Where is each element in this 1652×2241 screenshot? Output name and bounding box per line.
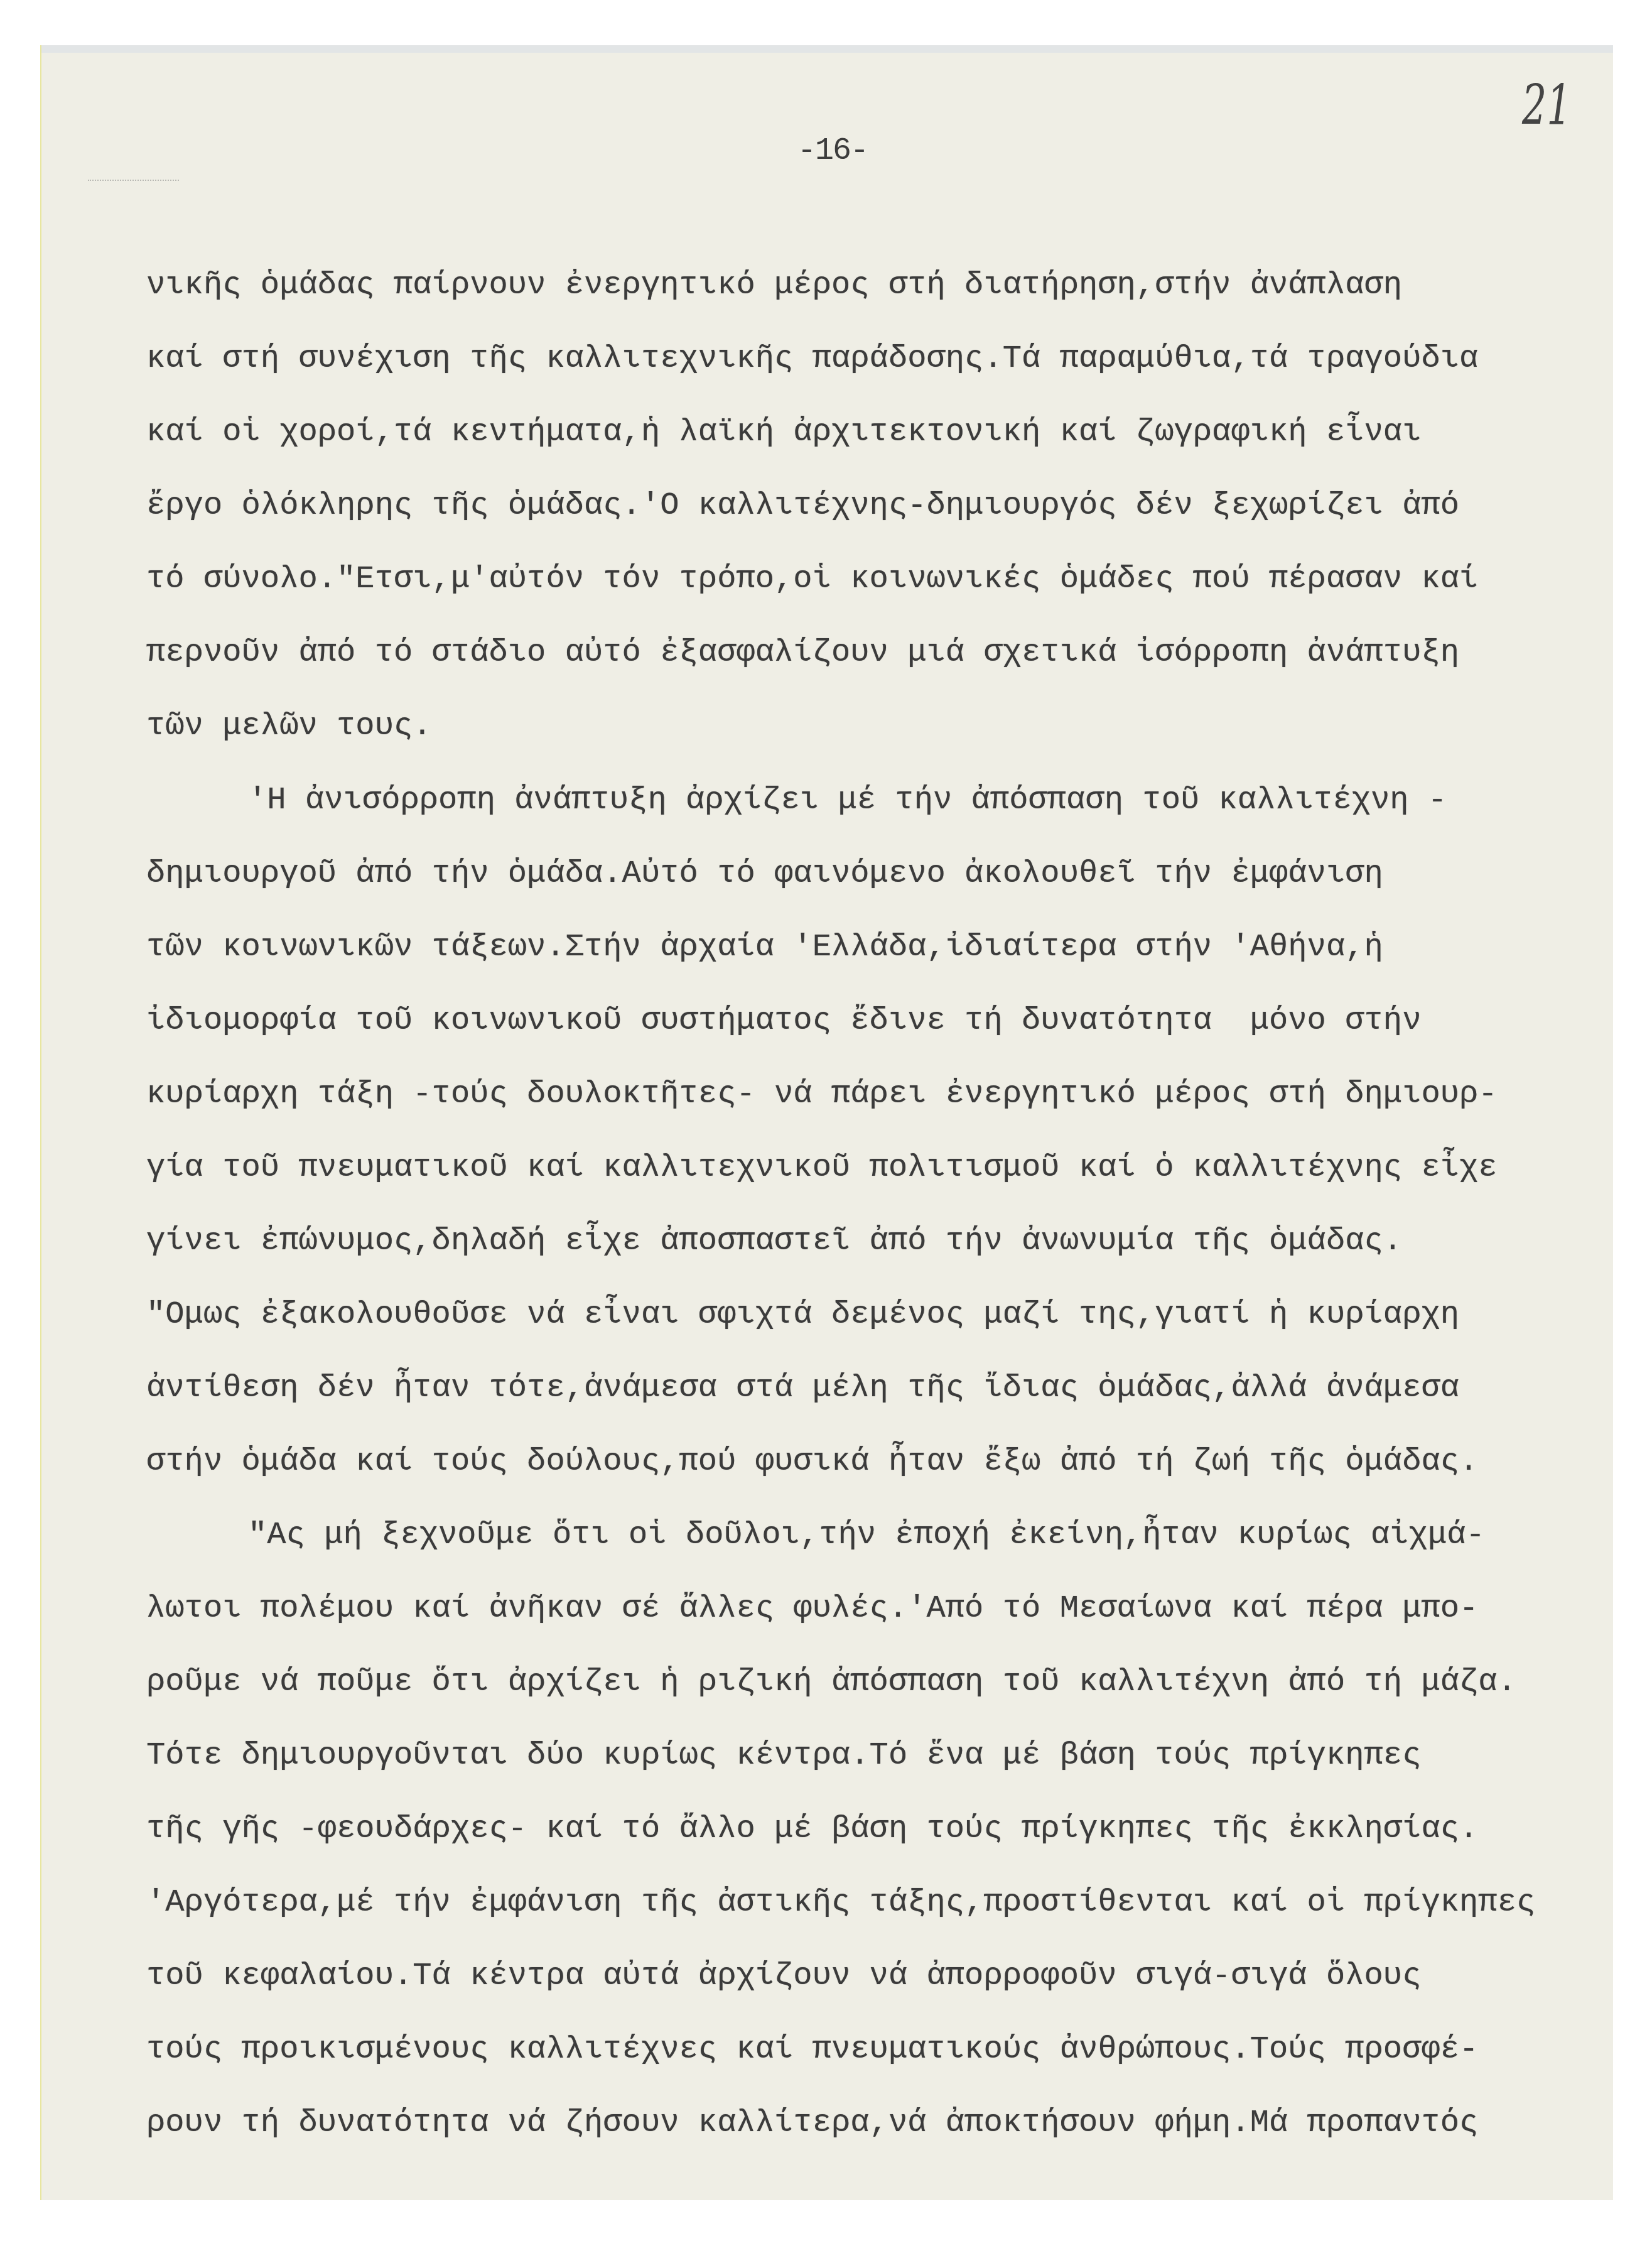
text-line: καί στή συνέχιση τῆς καλλιτεχνικῆς παράδ… (146, 344, 1478, 376)
text-line: νικῆς ὁμάδας παίρνουν ἐνεργητικό μέρος σ… (146, 270, 1402, 302)
text-line: περνοῦν ἀπό τό στάδιο αὐτό ἐξασφαλίζουν … (146, 638, 1459, 670)
text-line: "Ομως ἐξακολουθοῦσε νά εἶναι σφιχτά δεμέ… (146, 1300, 1459, 1332)
text-line: Τότε δημιουργοῦνται δύο κυρίως κέντρα.Τό… (146, 1740, 1421, 1772)
text-line: 'Αργότερα,μέ τήν ἐμφάνιση τῆς ἀστικῆς τά… (146, 1887, 1535, 1919)
text-line: ροῦμε νά ποῦμε ὅτι ἀρχίζει ἡ ριζική ἀπόσ… (146, 1667, 1516, 1699)
paragraph-start-line: "Ας μή ξεχνοῦμε ὅτι οἱ δοῦλοι,τήν ἐποχή … (248, 1520, 1485, 1552)
margin-pencil-mark (88, 180, 179, 182)
text-line: τοῦ κεφαλαίου.Τά κέντρα αὐτά ἀρχίζουν νά… (146, 1961, 1421, 1993)
text-line: καί οἱ χοροί,τά κεντήματα,ἡ λαϊκή ἀρχιτε… (146, 417, 1421, 449)
text-line: τούς προικισμένους καλλιτέχνες καί πνευμ… (146, 2034, 1478, 2066)
page-number: -16- (797, 133, 868, 169)
paragraph-start-line: 'Η ἀνισόρροπη ἀνάπτυξη ἀρχίζει μέ τήν ἀπ… (248, 785, 1447, 817)
text-line: τό σύνολο."Ετσι,μ'αὐτόν τόν τρόπο,οἱ κοι… (146, 564, 1478, 596)
text-line: στήν ὁμάδα καί τούς δούλους,πού φυσικά ἦ… (146, 1446, 1478, 1479)
text-line: λωτοι πολέμου καί ἀνῆκαν σέ ἄλλες φυλές.… (146, 1593, 1478, 1625)
text-line: κυρίαρχη τάξη -τούς δουλοκτῆτες- νά πάρε… (146, 1079, 1498, 1111)
text-line: δημιουργοῦ ἀπό τήν ὁμάδα.Αὐτό τό φαινόμε… (146, 859, 1383, 891)
text-line: τῆς γῆς -φεουδάρχες- καί τό ἄλλο μέ βάση… (146, 1814, 1478, 1846)
text-line: ἔργο ὁλόκληρης τῆς ὁμάδας.'Ο καλλιτέχνης… (146, 491, 1459, 523)
text-line: ἀντίθεση δέν ἦταν τότε,ἀνάμεσα στά μέλη … (146, 1373, 1459, 1405)
text-line: ρουν τή δυνατότητα νά ζήσουν καλλίτερα,ν… (146, 2108, 1478, 2140)
text-line: τῶν κοινωνικῶν τάξεων.Στήν ἀρχαία 'Ελλάδ… (146, 932, 1383, 964)
text-line: τῶν μελῶν τους. (146, 711, 432, 743)
handwritten-folio-number: 21 (1522, 73, 1571, 138)
text-line: γίνει ἐπώνυμος,δηλαδή εἶχε ἀποσπαστεῖ ἀπ… (146, 1226, 1402, 1258)
text-line: ἰδιομορφία τοῦ κοινωνικοῦ συστήματος ἔδι… (146, 1006, 1421, 1038)
text-line: γία τοῦ πνευματικοῦ καί καλλιτεχνικοῦ πο… (146, 1153, 1498, 1185)
